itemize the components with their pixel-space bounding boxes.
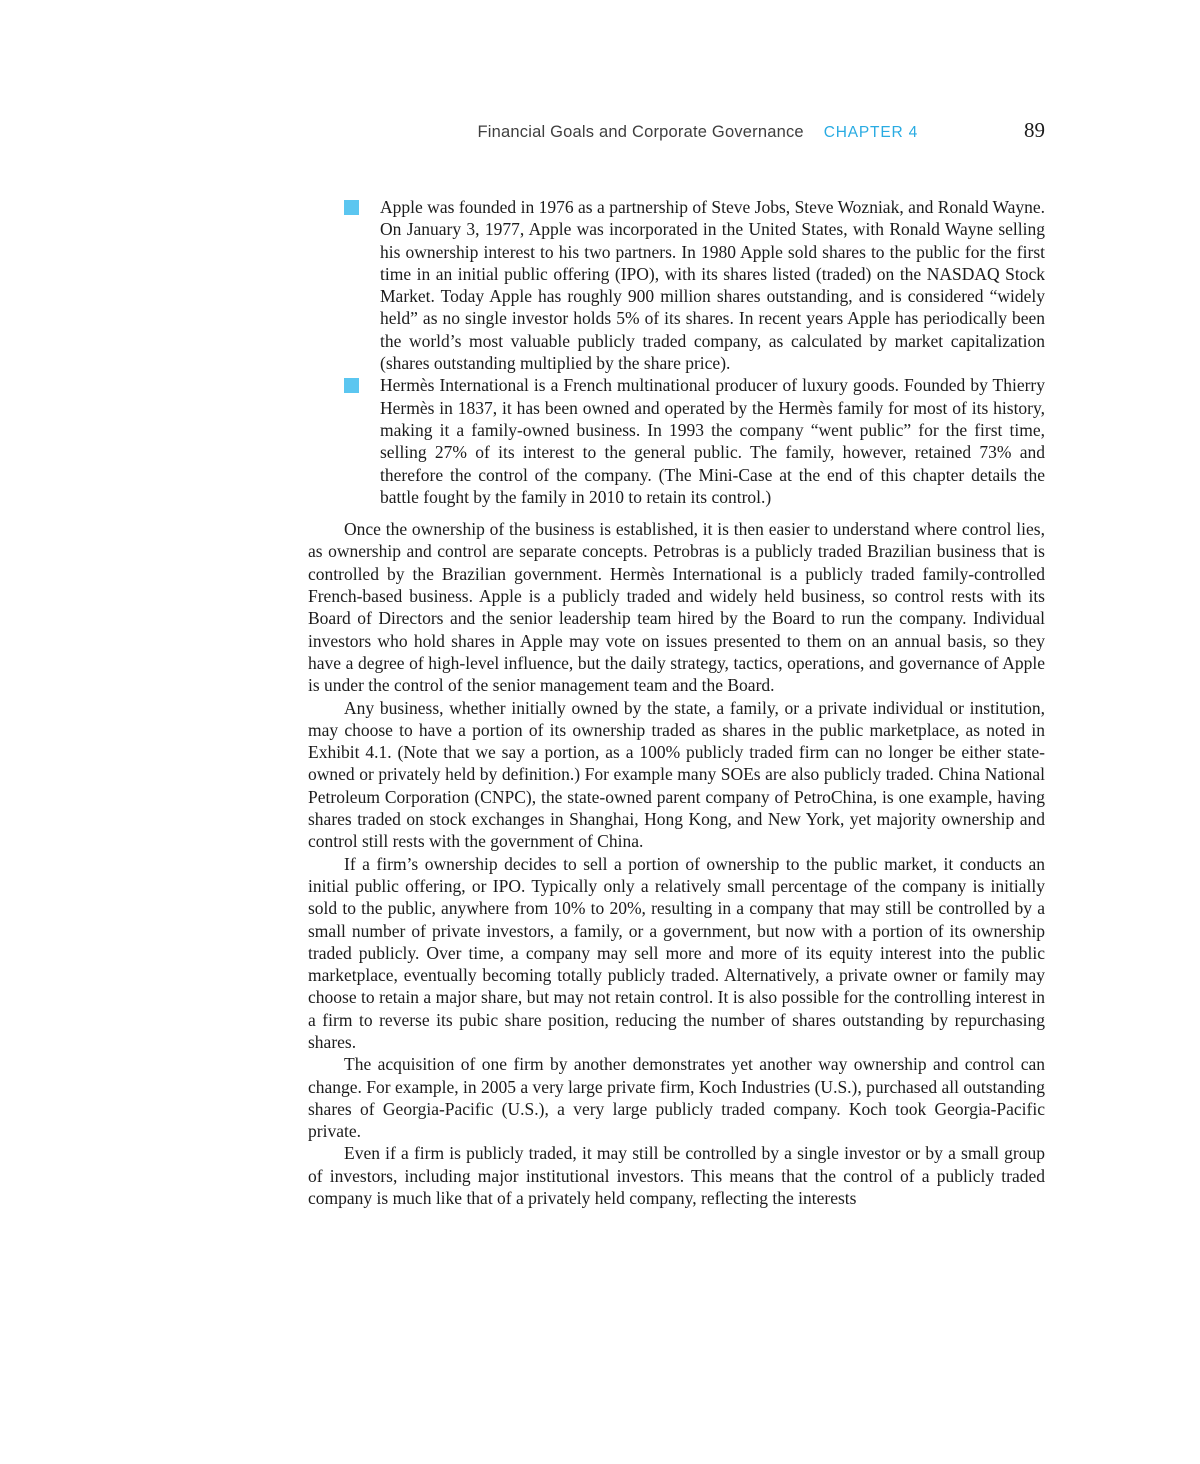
paragraph-any-business: Any business, whether initially owned by… — [308, 697, 1045, 853]
page-number: 89 — [1024, 118, 1045, 143]
bullet-square-icon — [344, 378, 359, 393]
bullet-text-hermes: Hermès International is a French multina… — [380, 374, 1045, 508]
paragraph-publicly-traded-control: Even if a firm is publicly traded, it ma… — [308, 1142, 1045, 1209]
list-item-apple: Apple was founded in 1976 as a partnersh… — [308, 196, 1045, 374]
paragraph-acquisition: The acquisition of one firm by another d… — [308, 1053, 1045, 1142]
paragraph-ownership-control: Once the ownership of the business is es… — [308, 518, 1045, 696]
running-title: Financial Goals and Corporate Governance — [478, 123, 804, 142]
bullet-text-apple: Apple was founded in 1976 as a partnersh… — [380, 196, 1045, 374]
list-item-hermes: Hermès International is a French multina… — [308, 374, 1045, 508]
textbook-page: Financial Goals and Corporate Governance… — [0, 0, 1200, 1464]
page-header: Financial Goals and Corporate Governance… — [308, 118, 1045, 143]
paragraph-ipo: If a firm’s ownership decides to sell a … — [308, 853, 1045, 1054]
body-text-column: Apple was founded in 1976 as a partnersh… — [308, 196, 1045, 1209]
chapter-label: CHAPTER 4 — [824, 124, 918, 142]
bullet-square-icon — [344, 200, 359, 215]
bullet-list: Apple was founded in 1976 as a partnersh… — [308, 196, 1045, 508]
